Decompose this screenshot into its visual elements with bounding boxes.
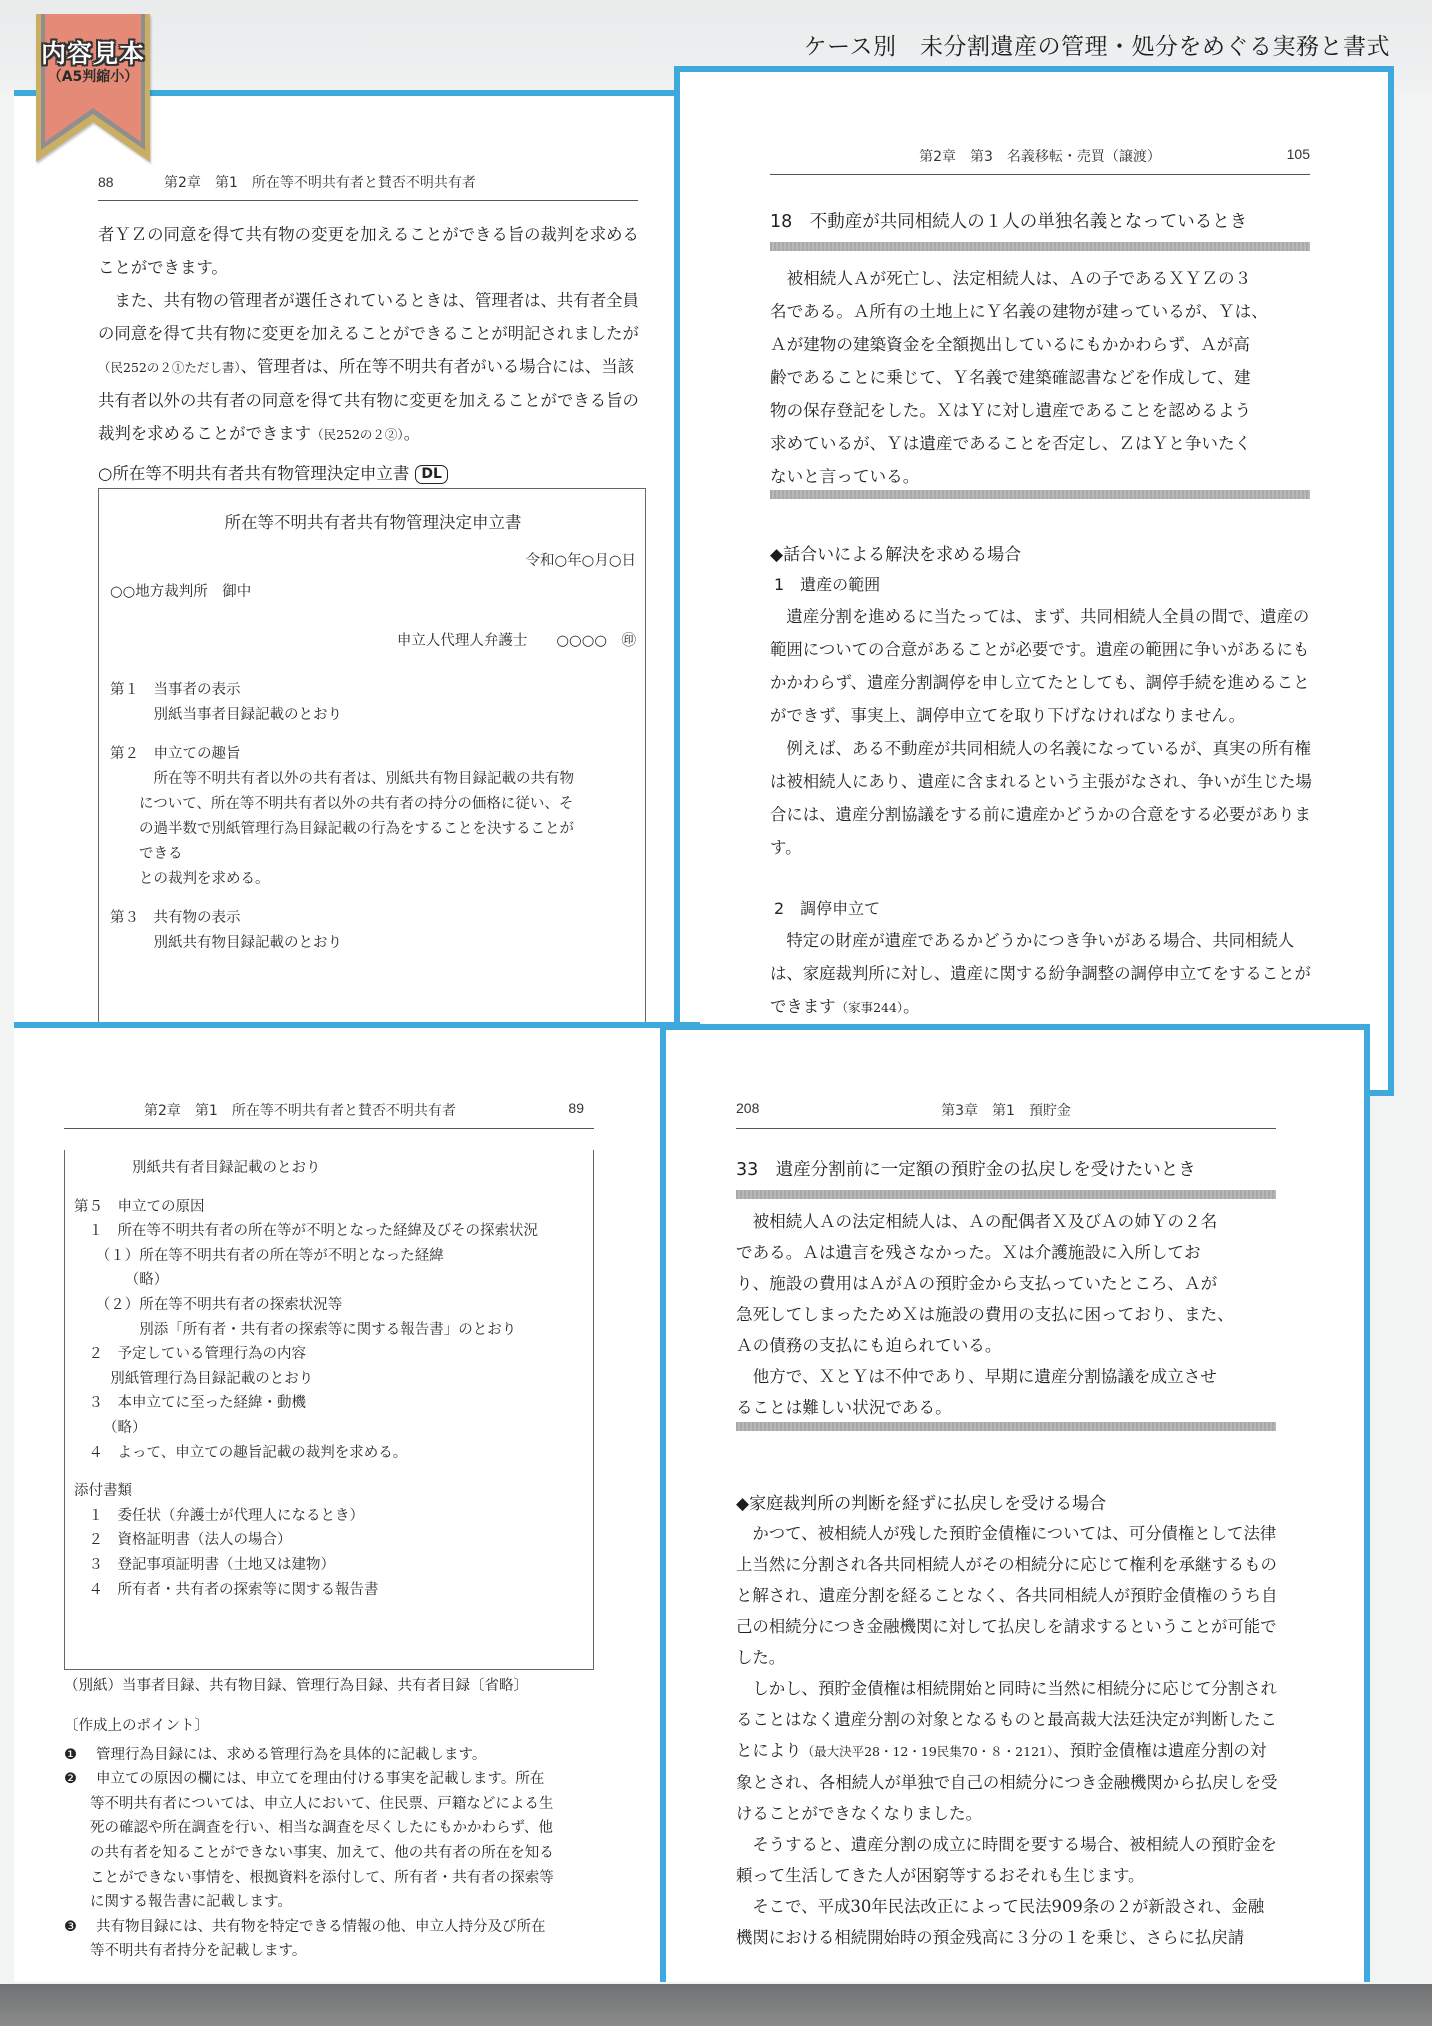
form-title: 所在等不明共有者共有物管理決定申立書 (110, 510, 636, 535)
case-facts: 被相続人Ａの法定相続人は、Ａの配偶者Ｘ及びＡの姉Ｙの２名 である。Ａは遺言を残さ… (736, 1206, 1276, 1423)
sample-ribbon: 内容見本 （A5判縮小） (36, 14, 150, 162)
body-text: ◆家庭裁判所の判断を経ずに払戻しを受ける場合 かつて、被相続人が残した預貯金債権… (736, 1490, 1278, 1953)
case-line: ることは難しい状況である。 (736, 1392, 1276, 1423)
download-badge[interactable]: DL (415, 465, 448, 484)
point-line: 死の確認や所在調査を行い、相当な調査を尽くしたにもかかわらず、他 (90, 1816, 554, 1841)
form-court: ○○地方裁判所 御中 (110, 580, 636, 605)
case-line: 被相続人Ａの法定相続人は、Ａの配偶者Ｘ及びＡの姉Ｙの２名 (736, 1206, 1276, 1237)
case-line: 急死してしまったためＸは施設の費用の支払に困っており、また、 (736, 1299, 1276, 1330)
form-line: ４ よって、申立ての趣旨記載の裁判を求める。 (74, 1441, 590, 1466)
case-title: 33 遺産分割前に一定額の預貯金の払戻しを受けたいとき (736, 1156, 1196, 1181)
form-caption: ○所在等不明共有者共有物管理決定申立書DL (98, 460, 448, 484)
running-head: 88 第2章 第1 所在等不明共有者と賛否不明共有者 (98, 172, 638, 201)
case-title: 18 不動産が共同相続人の１人の単独名義となっているとき (770, 208, 1247, 233)
form-line (74, 1465, 590, 1479)
running-head-title: 第2章 第1 所在等不明共有者と賛否不明共有者 (144, 1103, 456, 1119)
page-number: 88 (98, 174, 114, 190)
page-number: 105 (1287, 146, 1310, 162)
case-line: り、施設の費用はＡがＡの預貯金から支払っていたところ、Ａが (736, 1268, 1276, 1299)
paragraph: また、共有物の管理者が選任されているときは、管理者は、共有者全員の同意を得て共有… (98, 284, 646, 451)
case-line: ないと言っている。 (770, 460, 1310, 493)
form-line: ４ 所有者・共有者の探索等に関する報告書 (74, 1578, 590, 1603)
attachment-note: （別紙）当事者目録、共有物目録、管理行為目録、共有者目録〔省略〕 (64, 1674, 528, 1698)
ribbon-subtitle: （A5判縮小） (36, 66, 150, 86)
form-line: との裁判を求める。 (110, 867, 636, 892)
drafting-point: ❶管理行為目録には、求める管理行為を具体的に記載します。 (64, 1743, 604, 1768)
paragraph: そこで、平成30年民法改正によって民法909条の２が新設され、金融機関における相… (736, 1891, 1278, 1953)
page-105: 第2章 第3 名義移転・売買（譲渡） 105 18 不動産が共同相続人の１人の単… (674, 66, 1394, 1096)
page-208: 208 第3章 第1 預貯金 33 遺産分割前に一定額の預貯金の払戻しを受けたい… (660, 1024, 1370, 1982)
application-form: 所在等不明共有者共有物管理決定申立書 令和○年○月○日 ○○地方裁判所 御中 申… (110, 496, 636, 956)
form-line: できる (110, 842, 636, 867)
case-line: 被相続人Ａが死亡し、法定相続人は、Ａの子であるＸＹＺの３ (770, 262, 1310, 295)
running-head-title: 第2章 第1 所在等不明共有者と賛否不明共有者 (164, 175, 476, 191)
form-line: について、所在等不明共有者以外の共有者の持分の価格に従い、そ (110, 792, 636, 817)
law-reference: （民252の２①ただし書） (98, 360, 241, 375)
form-line: ２ 予定している管理行為の内容 (74, 1342, 590, 1367)
paragraph: 例えば、ある不動産が共同相続人の名義になっているが、真実の所有権は被相続人にあり… (770, 732, 1312, 864)
numbered-bullet-icon: ❸ (64, 1915, 90, 1964)
form-line: 別紙共有者目録記載のとおり (74, 1156, 590, 1181)
form-line: （１）所在等不明共有者の所在等が不明となった経緯 (74, 1244, 590, 1269)
running-head-title: 第3章 第1 預貯金 (941, 1103, 1071, 1119)
form-line: の過半数で別紙管理行為目録記載の行為をすることを決することが (110, 817, 636, 842)
body-text: 者ＹＺの同意を得て共有物の変更を加えることができる旨の裁判を求めることができます… (98, 218, 646, 451)
case-line: 齢であることに乗じて、Ｙ名義で建築確認書などを作成して、建 (770, 361, 1310, 394)
form-section-heading: 第３ 共有物の表示 (110, 906, 636, 931)
drafting-point: ❷申立ての原因の欄には、申立てを理由付ける事実を記載します。所在等不明共有者につ… (64, 1767, 604, 1915)
running-head-title: 第2章 第3 名義移転・売買（譲渡） (919, 149, 1161, 165)
form-line: １ 所在等不明共有者の所在等が不明となった経緯及びその探索状況 (74, 1219, 590, 1244)
law-reference: （家事244） (836, 1000, 904, 1015)
form-section-heading: 第１ 当事者の表示 (110, 678, 636, 703)
paragraph: そうすると、遺産分割の成立に時間を要する場合、被相続人の預貯金を頼って生活してき… (736, 1829, 1278, 1891)
paragraph: 者ＹＺの同意を得て共有物の変更を加えることができる旨の裁判を求めることができます… (98, 218, 646, 284)
page-number: 89 (568, 1100, 584, 1116)
case-top-rule (736, 1190, 1276, 1199)
form-line (74, 1181, 590, 1195)
form-line: ３ 登記事項証明書（土地又は建物） (74, 1553, 590, 1578)
form-line: １ 委任状（弁護士が代理人になるとき） (74, 1504, 590, 1529)
form-line: 別紙共有物目録記載のとおり (110, 931, 636, 956)
form-section-heading: 第２ 申立ての趣旨 (110, 742, 636, 767)
paragraph: 特定の財産が遺産であるかどうかにつき争いがある場合、共同相続人は、家庭裁判所に対… (770, 924, 1312, 1024)
case-top-rule (770, 242, 1310, 251)
form-line: 第５ 申立ての原因 (74, 1195, 590, 1220)
point-line: 申立ての原因の欄には、申立てを理由付ける事実を記載します。所在 (90, 1767, 554, 1792)
paragraph: しかし、預貯金債権は相続開始と同時に当然に相続分に応じて分割されることはなく遺産… (736, 1673, 1278, 1829)
point-line: 管理行為目録には、求める管理行為を具体的に記載します。 (90, 1743, 486, 1768)
running-head: 第2章 第1 所在等不明共有者と賛否不明共有者 89 (64, 1100, 594, 1129)
case-bottom-rule (770, 490, 1310, 499)
case-line: Ａの債務の支払にも迫られている。 (736, 1330, 1276, 1361)
form-line: （略） (74, 1416, 590, 1441)
running-head: 208 第3章 第1 預貯金 (736, 1100, 1276, 1129)
point-line: 共有物目録には、共有物を特定できる情報の他、申立人持分及び所在 (90, 1915, 546, 1940)
form-line: 別添「所有者・共有者の探索等に関する報告書」のとおり (74, 1318, 590, 1343)
application-form-continued: 別紙共有者目録記載のとおり第５ 申立ての原因１ 所在等不明共有者の所在等が不明と… (74, 1156, 590, 1602)
form-line: （２）所在等不明共有者の探索状況等 (74, 1293, 590, 1318)
ribbon-title: 内容見本 (36, 34, 150, 70)
page-number: 208 (736, 1100, 759, 1116)
subsection-title: 2 調停申立て (770, 894, 1312, 924)
running-head: 第2章 第3 名義移転・売買（譲渡） 105 (770, 146, 1310, 175)
case-facts: 被相続人Ａが死亡し、法定相続人は、Ａの子であるＸＹＺの３ 名である。Ａ所有の土地… (770, 262, 1310, 493)
law-reference: （民252の２②） (311, 427, 404, 442)
page-89: 第2章 第1 所在等不明共有者と賛否不明共有者 89 別紙共有者目録記載のとおり… (14, 1022, 700, 1982)
form-line: 別紙当事者目録記載のとおり (110, 703, 636, 728)
case-line: Ａが建物の建築資金を全額拠出しているにもかかわらず、Ａが高 (770, 328, 1310, 361)
form-date: 令和○年○月○日 (110, 549, 636, 574)
page-88: 88 第2章 第1 所在等不明共有者と賛否不明共有者 者ＹＺの同意を得て共有物の… (14, 96, 694, 1026)
case-line: 求めているが、Ｙは遺産であることを否定し、ＺはＹと争いたく (770, 427, 1310, 460)
form-line: ２ 資格証明書（法人の場合） (74, 1528, 590, 1553)
section-heading: ◆話合いによる解決を求める場合 (770, 540, 1312, 570)
form-line: 所在等不明共有者以外の共有者は、別紙共有物目録記載の共有物 (110, 767, 636, 792)
law-reference: （最大決平28・12・19民集70・８・2121） (802, 1744, 1054, 1759)
case-line: 物の保存登記をした。ＸはＹに対し遺産であることを認めるよう (770, 394, 1310, 427)
series-title: ケース別 未分割遺産の管理・処分をめぐる実務と書式 (804, 28, 1390, 61)
form-signer: 申立人代理人弁護士 ○○○○ ㊞ (110, 629, 636, 654)
paragraph: 遺産分割を進めるに当たっては、まず、共同相続人全員の間で、遺産の範囲についての合… (770, 600, 1312, 732)
point-line: の共有者を知ることができない事実、加えて、他の共有者の所在を知る (90, 1841, 554, 1866)
section-heading: ◆家庭裁判所の判断を経ずに払戻しを受ける場合 (736, 1490, 1278, 1518)
points-heading: 〔作成上のポイント〕 (64, 1714, 604, 1739)
numbered-bullet-icon: ❷ (64, 1767, 90, 1915)
form-line: （略） (74, 1268, 590, 1293)
subsection-title: 1 遺産の範囲 (770, 570, 1312, 600)
body-text: ◆話合いによる解決を求める場合 1 遺産の範囲 遺産分割を進めるに当たっては、ま… (770, 540, 1312, 1024)
form-line: 別紙管理行為目録記載のとおり (74, 1367, 590, 1392)
bottom-band (0, 1984, 1432, 2026)
form-line: 添付書類 (74, 1479, 590, 1504)
drafting-point: ❸共有物目録には、共有物を特定できる情報の他、申立人持分及び所在等不明共有者持分… (64, 1915, 604, 1964)
case-bottom-rule (736, 1422, 1276, 1431)
point-line: ことができない事情を、根拠資料を添付して、所有者・共有者の探索等 (90, 1866, 554, 1891)
numbered-bullet-icon: ❶ (64, 1743, 90, 1768)
form-line: ３ 本申立てに至った経緯・動機 (74, 1391, 590, 1416)
case-line: 名である。Ａ所有の土地上にＹ名義の建物が建っているが、Ｙは、 (770, 295, 1310, 328)
paragraph: かつて、被相続人が残した預貯金債権については、可分債権として法律上当然に分割され… (736, 1518, 1278, 1673)
case-line: 他方で、ＸとＹは不仲であり、早期に遺産分割協議を成立させ (736, 1361, 1276, 1392)
point-line: に関する報告書に記載します。 (90, 1890, 554, 1915)
point-line: 等不明共有者持分を記載します。 (90, 1939, 546, 1964)
drafting-points: 〔作成上のポイント〕 ❶管理行為目録には、求める管理行為を具体的に記載します。❷… (64, 1714, 604, 1964)
point-line: 等不明共有者については、申立人において、住民票、戸籍などによる生 (90, 1792, 554, 1817)
case-line: である。Ａは遺言を残さなかった。Ｘは介護施設に入所してお (736, 1237, 1276, 1268)
